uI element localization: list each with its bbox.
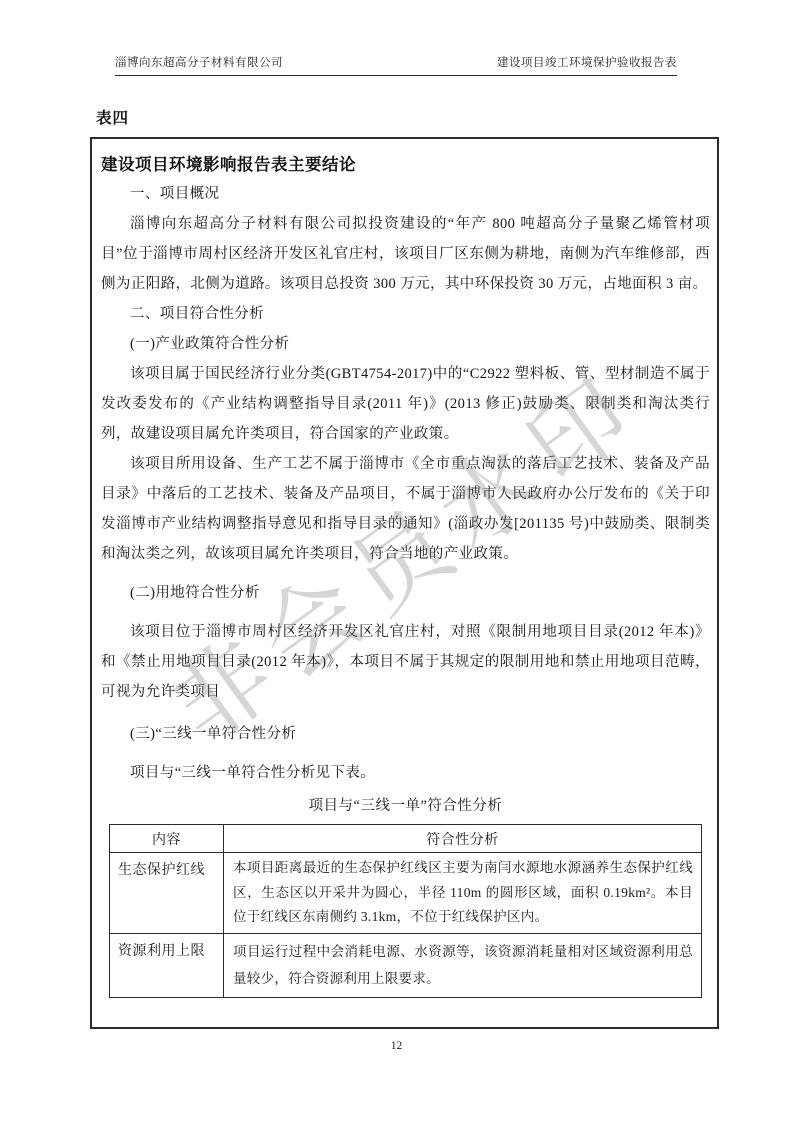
column-header-content: 内容	[110, 825, 224, 853]
row-analysis-ecological-redline: 本项目距离最近的生态保护红线区主要为南闫水源地水源涵养生态保护红线区，生态区以开…	[224, 853, 702, 934]
paragraph-see-table-below: 项目与“三线一单符合性分析见下表。	[101, 758, 710, 788]
paragraph-land-use: 该项目位于淄博市周村区经济开发区礼官庄村，对照《限制用地项目目录(2012 年本…	[101, 617, 710, 707]
page-number: 12	[0, 1040, 793, 1052]
heading-land-use: (二)用地符合性分析	[101, 578, 710, 608]
heading-project-overview: 一、项目概况	[101, 179, 710, 209]
header-company-name: 淄博向东超高分子材料有限公司	[115, 54, 283, 70]
heading-three-lines-one-list: (三)“三线一单符合性分析	[101, 719, 710, 749]
row-item-ecological-redline: 生态保护红线	[110, 853, 224, 934]
paragraph-national-policy: 该项目属于国民经济行业分类(GBT4754-2017)中的“C2922 塑料板、…	[101, 359, 710, 449]
table-four-label: 表四	[96, 106, 129, 128]
compliance-table: 内容 符合性分析 生态保护红线 本项目距离最近的生态保护红线区主要为南闫水源地水…	[109, 824, 702, 998]
header-rule	[115, 75, 677, 76]
column-header-analysis: 符合性分析	[224, 825, 702, 853]
paragraph-project-overview: 淄博向东超高分子材料有限公司拟投资建设的“年产 800 吨超高分子量聚乙烯管材项…	[101, 209, 710, 299]
document-page: 淄博向东超高分子材料有限公司 建设项目竣工环境保护验收报告表 表四 建设项目环境…	[0, 0, 793, 1122]
header-report-title: 建设项目竣工环境保护验收报告表	[497, 54, 677, 70]
content-box: 建设项目环境影响报告表主要结论 一、项目概况 淄博向东超高分子材料有限公司拟投资…	[90, 137, 719, 1029]
row-analysis-resource-limit: 项目运行过程中会消耗电源、水资源等，该资源消耗量相对区域资源利用总量较少，符合资…	[224, 933, 702, 997]
heading-industrial-policy: (一)产业政策符合性分析	[101, 329, 710, 359]
heading-compliance-analysis: 二、项目符合性分析	[101, 299, 710, 329]
page-header: 淄博向东超高分子材料有限公司 建设项目竣工环境保护验收报告表	[115, 54, 677, 70]
table-header-row: 内容 符合性分析	[110, 825, 702, 853]
row-item-resource-limit: 资源利用上限	[110, 933, 224, 997]
table-row: 资源利用上限 项目运行过程中会消耗电源、水资源等，该资源消耗量相对区域资源利用总…	[110, 933, 702, 997]
compliance-table-caption: 项目与“三线一单”符合性分析	[101, 792, 710, 820]
paragraph-local-policy: 该项目所用设备、生产工艺不属于淄博市《全市重点淘汰的落后工艺技术、装备及产品目录…	[101, 449, 710, 569]
section-title: 建设项目环境影响报告表主要结论	[101, 151, 710, 175]
table-row: 生态保护红线 本项目距离最近的生态保护红线区主要为南闫水源地水源涵养生态保护红线…	[110, 853, 702, 934]
